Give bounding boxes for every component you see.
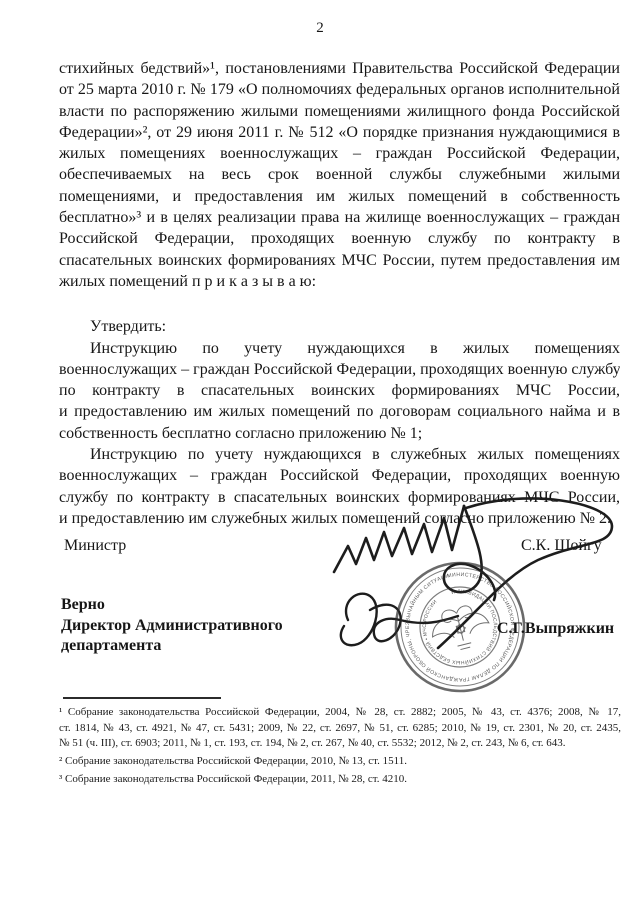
body-line: жилых помещений п р и к а з ы в а ю: [59, 271, 620, 292]
body-line: Федерации»², от 29 июня 2011 г. № 512 «О… [59, 122, 620, 143]
paragraph-gap [59, 292, 620, 316]
footnote-1-line: № 51 (ч. III), ст. 6903; 2011, № 1, ст. … [59, 736, 621, 752]
body-line: бесплатно»³ и в целях реализации права н… [59, 207, 620, 228]
body-line: собственность бесплатно согласно приложе… [59, 423, 620, 444]
body-line: помещениями, и предоставления им жилых п… [59, 186, 620, 207]
body-line: Инструкцию по учету нуждающихся в жилых … [59, 338, 620, 359]
director-name: С.Г.Выпряжкин [497, 620, 614, 638]
footnote-1-line: ст. 1814, № 43, ст. 4921, № 47, ст. 5431… [59, 721, 621, 737]
footnotes: ¹ Собрание законодательства Российской Ф… [59, 705, 621, 788]
minister-title: Министр [64, 537, 126, 555]
footnote-separator [63, 697, 221, 699]
body-line: военнослужащих – граждан Российской Феде… [59, 359, 620, 380]
body-line: спасательных воинских формированиях МЧС … [59, 250, 620, 271]
document-page: 2 стихийных бедствий»¹, постановлениями … [0, 0, 640, 905]
director-title-line1: Директор Административного [61, 616, 283, 637]
body-line: жилых помещениях военнослужащих – гражда… [59, 143, 620, 164]
body-line: военнослужащих – граждан Российской Феде… [59, 465, 620, 486]
body-line: и предоставлению им жилых помещений по д… [59, 401, 620, 422]
footnote-1-line: ¹ Собрание законодательства Российской Ф… [59, 705, 621, 721]
body-line: власти по распоряжению жилыми помещениям… [59, 101, 620, 122]
document-body: стихийных бедствий»¹, постановлениями Пр… [59, 58, 620, 529]
body-line: по контракту в спасательных воинских фор… [59, 380, 620, 401]
verno-label: Верно [61, 595, 283, 616]
certification-block: Верно Директор Административного департа… [61, 595, 283, 657]
body-line: Российской Федерации, проходящих военную… [59, 228, 620, 249]
footnote-2: ² Собрание законодательства Российской Ф… [59, 754, 621, 770]
body-line: от 25 марта 2010 г. № 179 «О полномочиях… [59, 79, 620, 100]
svg-text:И ЛИКВИДАЦИИ ПОСЛЕДСТВИЙ СТИХИ: И ЛИКВИДАЦИИ ПОСЛЕДСТВИЙ СТИХИЙНЫХ БЕДСТ… [413, 581, 507, 676]
order-word: Утвердить: [59, 316, 620, 337]
double-eagle-emblem [427, 601, 493, 655]
stamp-inner-text: И ЛИКВИДАЦИИ ПОСЛЕДСТВИЙ СТИХИЙНЫХ БЕДСТ… [413, 581, 507, 676]
body-line: обеспечиваемых на весь срок военной служ… [59, 164, 620, 185]
footnote-3: ³ Собрание законодательства Российской Ф… [59, 772, 621, 788]
body-line: стихийных бедствий»¹, постановлениями Пр… [59, 58, 620, 79]
body-line: Инструкцию по учету нуждающихся в служеб… [59, 444, 620, 465]
page-number: 2 [0, 20, 640, 37]
director-title-line2: департамента [61, 636, 283, 657]
